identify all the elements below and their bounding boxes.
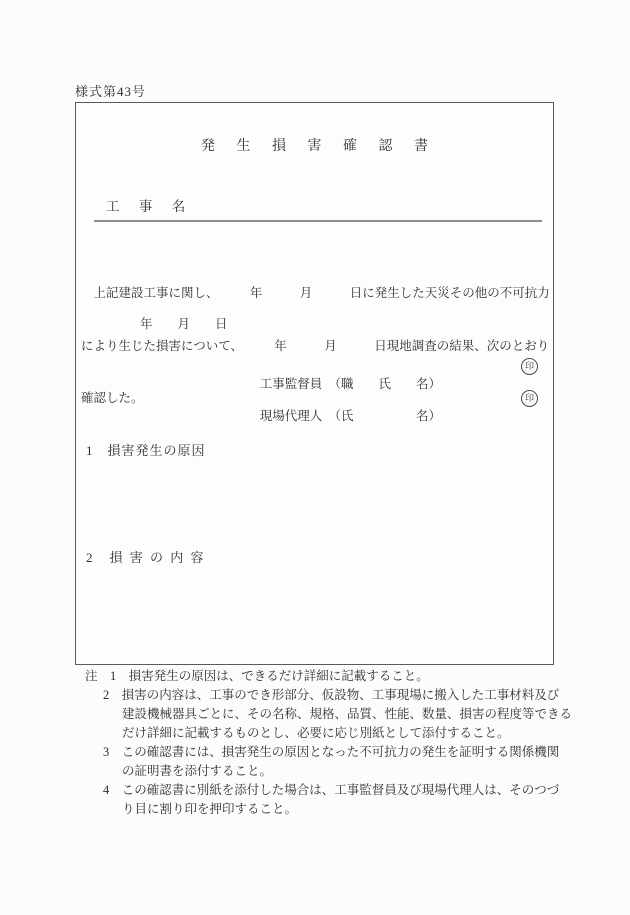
note-line: の証明書を添付すること。 xyxy=(85,762,565,781)
signature-row-supervisor: 工事監督員 （職 氏 名） 印 xyxy=(241,359,541,377)
section-1-cause-label: 1 損害発生の原因 xyxy=(86,440,206,459)
form-border-box: 発 生 損 害 確 認 書 工 事 名 上記建設工事に関し、 年 月 日に発生し… xyxy=(75,102,554,665)
note-line: 2 損害の内容は、工事のでき形部分、仮設物、工事現場に搬入した工事材料及び xyxy=(85,686,565,705)
project-name-label: 工 事 名 xyxy=(106,195,193,215)
signature-row-site-agent: 現場代理人 （氏 名） 印 xyxy=(241,391,541,409)
project-name-underline xyxy=(94,220,542,222)
note-line: 注 1 損害発生の原因は、できるだけ詳細に記載すること。 xyxy=(85,667,565,686)
signature-site-agent-label: 現場代理人 （氏 名） xyxy=(260,409,441,423)
form-number-label: 様式第43号 xyxy=(75,81,146,100)
note-line: 3 この確認書には、損害発生の原因となった不可抗力の発生を証明する関係機関 xyxy=(85,743,565,762)
document-page: 様式第43号 発 生 損 害 確 認 書 工 事 名 上記建設工事に関し、 年 … xyxy=(0,0,630,915)
form-title: 発 生 損 害 確 認 書 xyxy=(76,135,553,155)
date-line: 年 月 日 xyxy=(140,314,228,332)
note-line: だけ詳細に記載するものとし、必要に応じ別紙として添付すること。 xyxy=(85,724,565,743)
note-line: 4 この確認書に別紙を添付した場合は、工事監督員及び現場代理人は、そのつづ xyxy=(85,781,565,800)
note-line: り目に割り印を押印すること。 xyxy=(85,800,565,819)
seal-mark-icon: 印 xyxy=(521,390,538,407)
notes-block: 注 1 損害発生の原因は、できるだけ詳細に記載すること。 2 損害の内容は、工事… xyxy=(85,667,565,819)
body-line-1: 上記建設工事に関し、 年 月 日に発生した天災その他の不可抗力 xyxy=(81,285,551,303)
section-2-details-label: 2 損 害 の 内 容 xyxy=(86,547,206,566)
note-line: 建設機械器具ごとに、その名称、規格、品質、性能、数量、損害の程度等できる xyxy=(85,705,565,724)
signature-supervisor-label: 工事監督員 （職 氏 名） xyxy=(260,377,441,391)
seal-mark-icon: 印 xyxy=(521,358,538,375)
body-line-2: により生じた損害について、 年 月 日現地調査の結果、次のとおり xyxy=(81,338,551,356)
